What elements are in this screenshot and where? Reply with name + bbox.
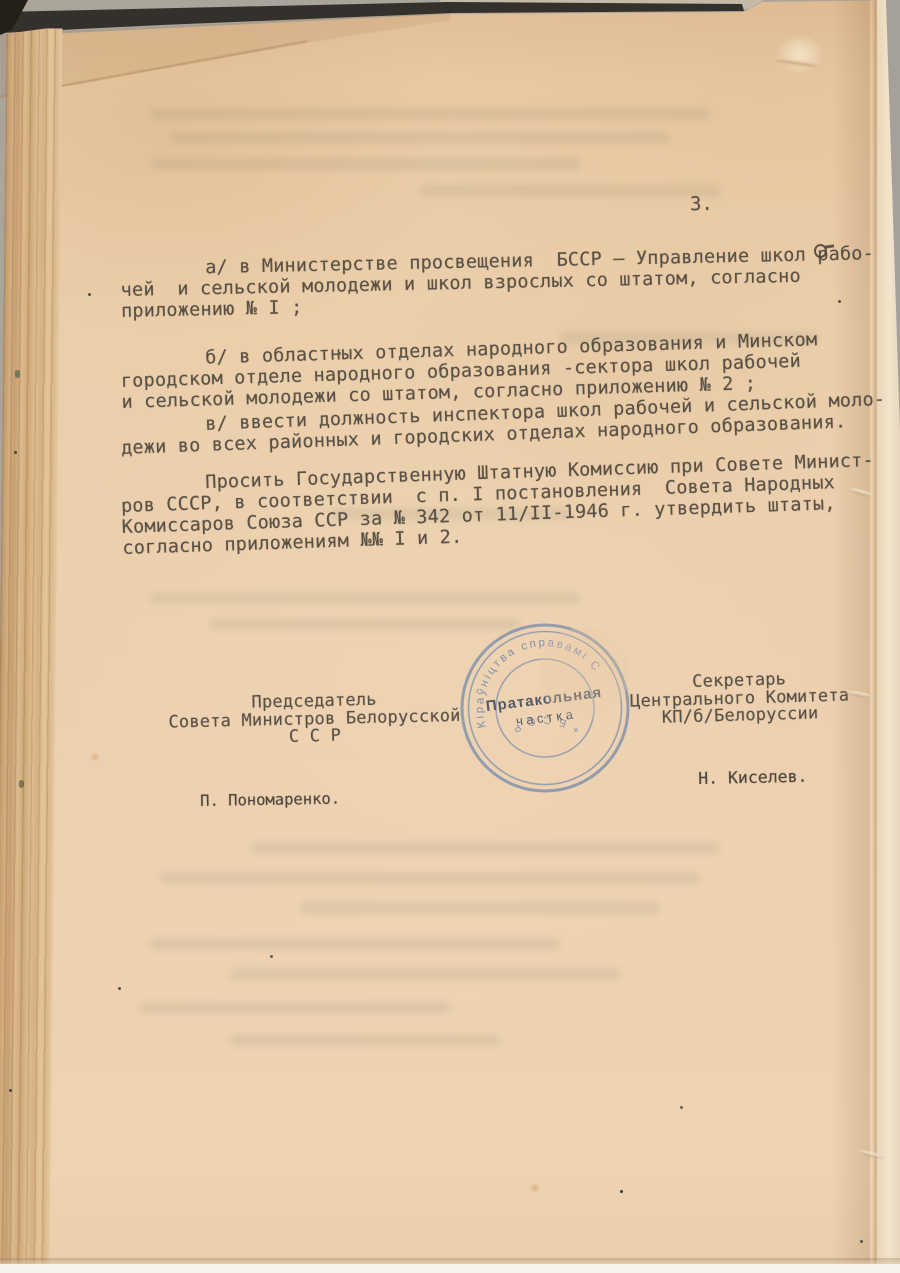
stamp-fade-patch: [538, 627, 630, 719]
foxing-spot: [528, 1183, 542, 1193]
paper-specks: [88, 293, 91, 296]
foxing-spot: [90, 752, 100, 762]
binding-stitch: [19, 780, 24, 788]
scanner-bottom-strip: [0, 1264, 900, 1273]
binding-stitch: [15, 370, 20, 378]
signature-name-right: Н. Киселев.: [698, 767, 808, 788]
scanned-archive-page: 3. а/ в Министерстве просвещения БССР — …: [0, 0, 900, 1273]
signature-title-left: Председатель Совета Министров Белорусско…: [148, 689, 481, 749]
paper-dent: [768, 30, 832, 84]
paragraph-a: а/ в Министерстве просвещения БССР — Упр…: [120, 243, 875, 322]
signature-title-right: Секретарь Центрального Комитета КП/б/Бел…: [616, 669, 863, 728]
signature-name-left: П. Пономаренко.: [200, 790, 340, 810]
round-stamp: Кіраўніцтва справамі С + Б С С Р Пратако…: [452, 615, 638, 801]
paragraph-request: Просить Государственную Штатную Комиссию…: [120, 450, 876, 559]
